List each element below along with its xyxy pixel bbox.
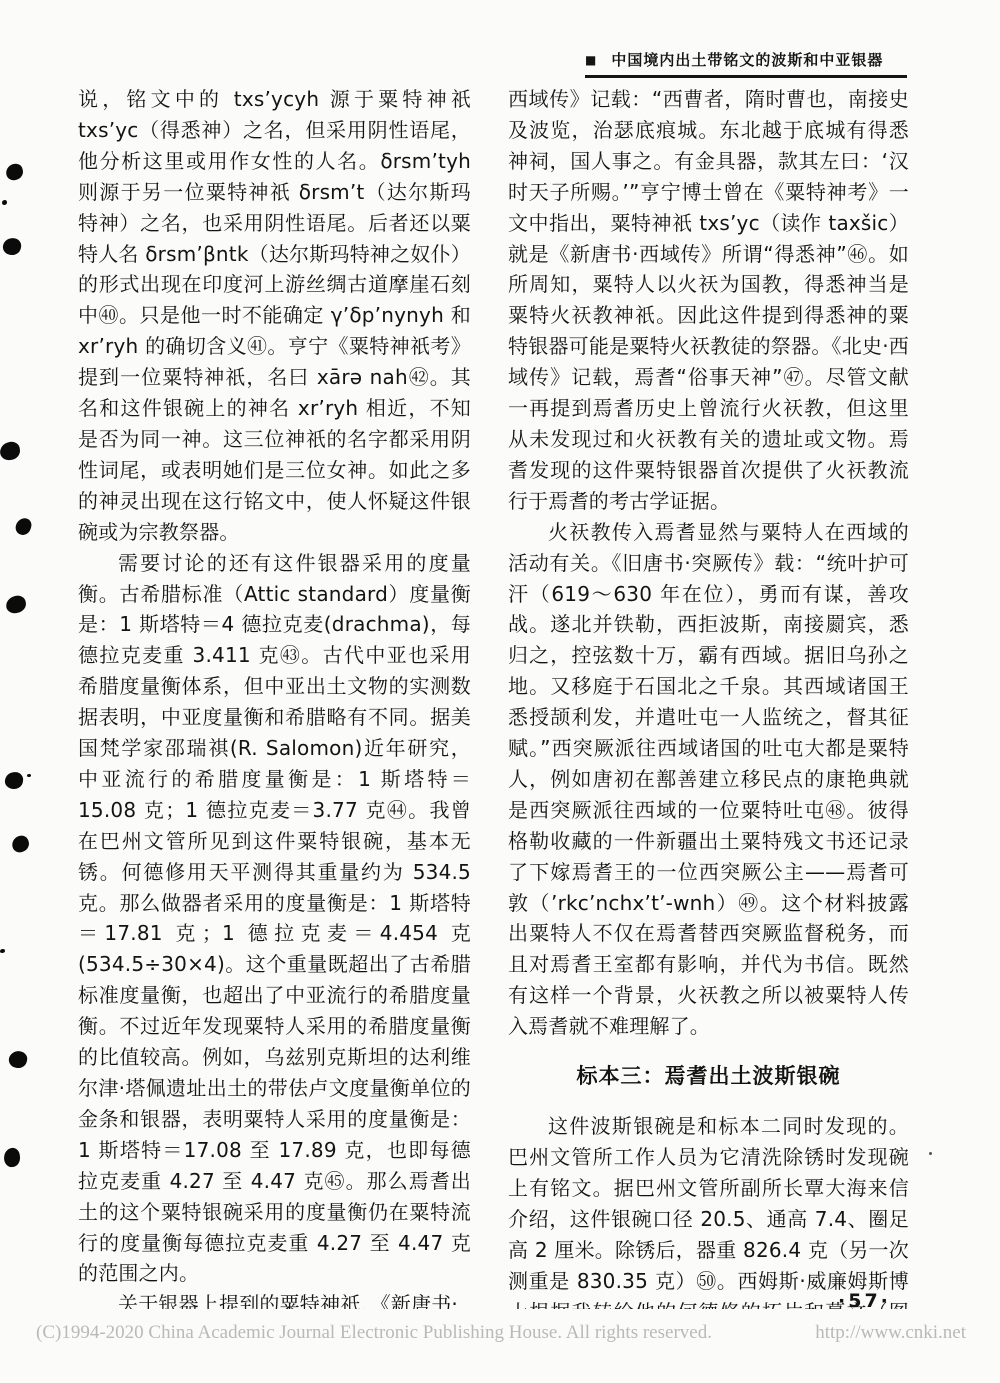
ink-blot (7, 1049, 29, 1070)
paragraph: 火祆教传入焉耆显然与粟特人在西域的活动有关。《旧唐书·突厥传》载：“统叶护可汗（… (508, 517, 909, 1042)
copyright-text: (C)1994-2020 China Academic Journal Elec… (36, 1322, 712, 1344)
ink-blot (929, 1152, 932, 1155)
square-bullet-icon: ■ (585, 53, 597, 67)
ink-blot (0, 441, 21, 462)
right-column-top: 西域传》记载：“西曹者，隋时曹也，南接史及波览，治瑟底痕城。东北越于底城有得悉神… (508, 84, 909, 1042)
ink-blot (4, 162, 24, 182)
journal-page: ■中国境内出土带铭文的波斯和中亚银器 说，铭文中的 txs’ycyh 源于粟特神… (0, 0, 1000, 1383)
ink-blot (3, 1147, 21, 1168)
page-number: ·57· (838, 1290, 891, 1312)
paragraph: 关于银器上提到的粟特神祇，《新唐书· (78, 1289, 471, 1309)
paragraph: 西域传》记载：“西曹者，隋时曹也，南接史及波览，治瑟底痕城。东北越于底城有得悉神… (508, 84, 909, 517)
ink-blot (0, 949, 5, 953)
footer-url: http://www.cnki.net (815, 1322, 966, 1344)
ink-blot (2, 237, 23, 257)
running-header-title: 中国境内出土带铭文的波斯和中亚银器 (611, 51, 883, 69)
ink-blot (10, 834, 31, 855)
right-column: 西域传》记载：“西曹者，隋时曹也，南接史及波览，治瑟底痕城。东北越于底城有得悉神… (508, 84, 909, 1309)
right-column-bottom: 这件波斯银碗是和标本二同时发现的。巴州文管所工作人员为它清洗除锈时发现碗上有铭文… (508, 1111, 909, 1309)
ink-blot (14, 516, 34, 537)
paragraph: 这件波斯银碗是和标本二同时发现的。巴州文管所工作人员为它清洗除锈时发现碗上有铭文… (508, 1111, 909, 1309)
section-heading: 标本三：焉耆出土波斯银碗 (508, 1060, 909, 1090)
running-header: ■中国境内出土带铭文的波斯和中亚银器 (585, 49, 907, 78)
ink-blot (4, 594, 27, 615)
ink-blot (27, 774, 31, 777)
paragraph: 说，铭文中的 txs’ycyh 源于粟特神祇 txs’yc（得悉神）之名，但采用… (78, 84, 471, 548)
copyright-footer: (C)1994-2020 China Academic Journal Elec… (36, 1322, 966, 1344)
left-column: 说，铭文中的 txs’ycyh 源于粟特神祇 txs’yc（得悉神）之名，但采用… (78, 84, 471, 1309)
paragraph: 需要讨论的还有这件银器采用的度量衡。古希腊标准（Attic standard）度… (78, 548, 471, 1290)
ink-blot (4, 771, 24, 790)
ink-blot (2, 200, 7, 205)
